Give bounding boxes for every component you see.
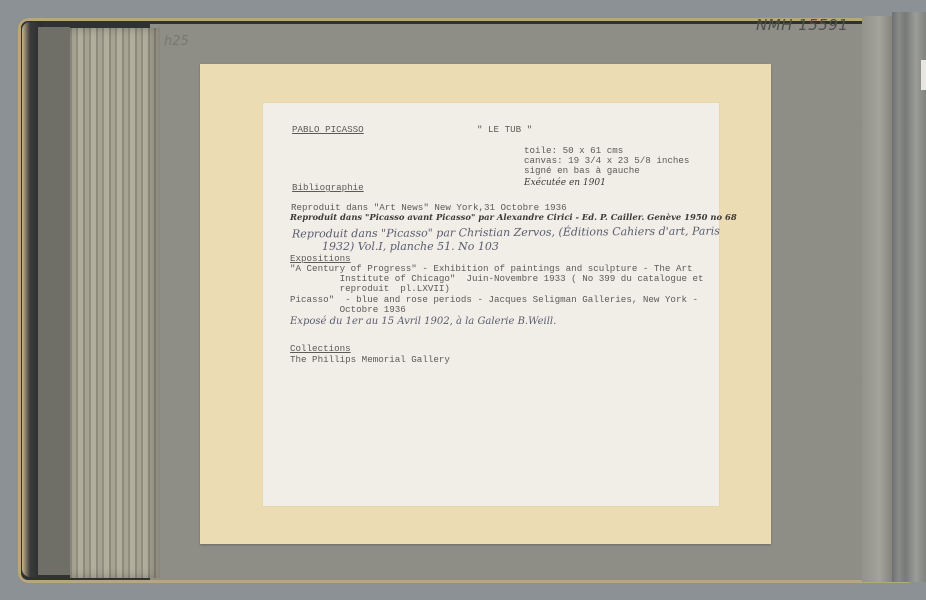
- exposition-line: reproduit pl.LXVII): [290, 284, 450, 294]
- bibliography-handwritten-entry: Reproduit dans "Picasso avant Picasso" p…: [290, 212, 737, 222]
- album-page-edge-right: [862, 16, 892, 582]
- bibliography-heading: Bibliographie: [292, 183, 364, 193]
- collection-entry: The Phillips Memorial Gallery: [290, 355, 450, 365]
- pencil-corner-note: h25: [164, 34, 189, 49]
- exposition-line: Octobre 1936: [290, 305, 406, 315]
- execution-date-handwritten: Exécutée en 1901: [524, 178, 606, 188]
- album-inner-flap: [38, 27, 70, 575]
- page-tab: [921, 60, 926, 90]
- accession-number: NMH 15591: [756, 16, 848, 34]
- signature-note: signé en bas à gauche: [524, 166, 640, 176]
- album-page-stack: [70, 28, 160, 578]
- exposition-handwritten-entry: Exposé du 1er au 15 Avril 1902, à la Gal…: [290, 316, 556, 327]
- album-spine-right: [892, 12, 926, 582]
- collections-heading: Collections: [290, 344, 351, 354]
- artist-name: PABLO PICASSO: [292, 125, 364, 135]
- bibliography-handwritten-entry: 1932) Vol.I, planche 51. No 103: [322, 240, 499, 253]
- artwork-title: " LE TUB ": [477, 125, 532, 135]
